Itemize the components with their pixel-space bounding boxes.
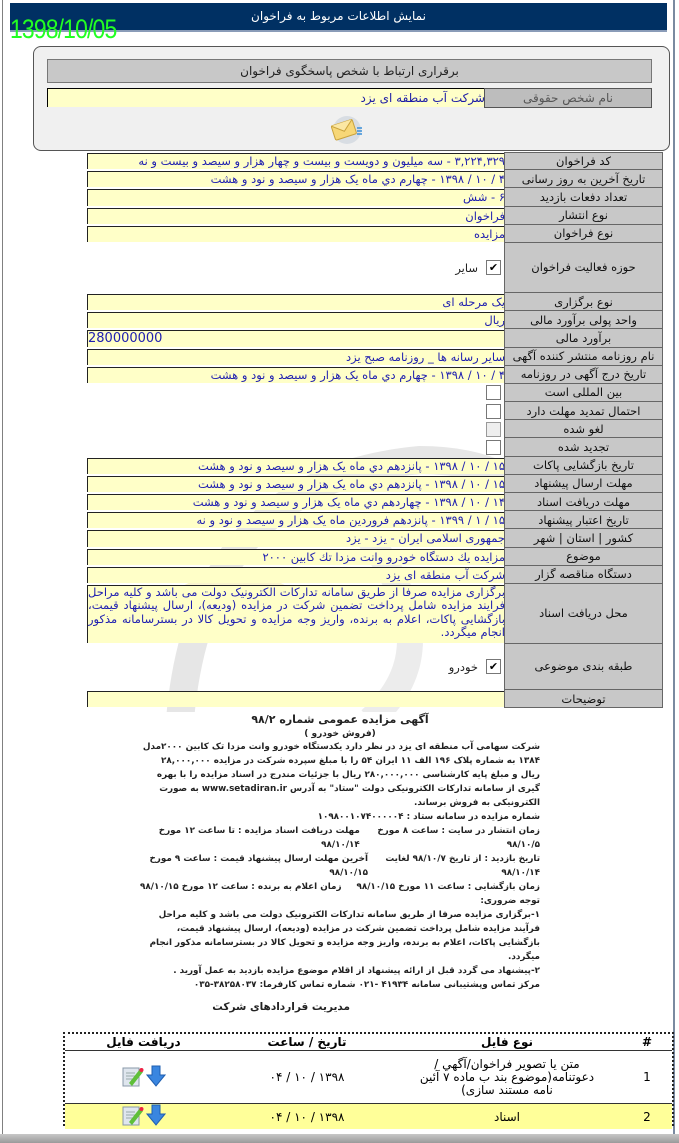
ad-note-title: توجه ضروری:	[140, 894, 540, 908]
renewed-cell	[87, 438, 505, 456]
edit-document-icon[interactable]	[122, 1065, 144, 1087]
ad-schedule-left: آخرین مهلت ارسال پیشنهاد قیمت : ساعت ۹ م…	[140, 852, 368, 880]
organizer-label: دستگاه مناقصه گزار	[504, 566, 663, 584]
activity-scope-options: ✔ سایر	[87, 243, 505, 293]
description-value	[87, 691, 505, 707]
international-label: بین المللی است	[504, 384, 663, 402]
field-row-submit-deadline: ۱۵ / ۱۰ / ۱۳۹۸ - پانزدهم دي ماه یک هزار …	[87, 475, 663, 493]
file-download-cell	[65, 1051, 222, 1104]
file-row: 1 متن یا تصویر فراخوان/آگهي /دعوتنامه(مو…	[65, 1051, 672, 1104]
envelope-icon[interactable]	[330, 115, 364, 145]
cancelled-label: لغو شده	[504, 420, 663, 438]
estimate-label: برآورد مالی	[504, 329, 663, 347]
field-row-tender-code: ۳,۲۲۴,۳۲۹ - سه میلیون و دویست و بیست و چ…	[87, 152, 663, 170]
edit-document-icon[interactable]	[122, 1104, 144, 1126]
organizer-value: شرکت آب منطقه ای یزد	[87, 567, 505, 583]
file-type: اسناد	[392, 1104, 622, 1130]
col-index: #	[622, 1034, 672, 1051]
subject-value: مزايده يك دستگاه خودرو وانت مزدا تك كابي…	[87, 549, 505, 565]
contact-panel-title: برقراری ارتباط با شخص پاسخگوی فراخوان	[47, 59, 652, 83]
ad-signature: مدیریت قراردادهای شرکت	[140, 1000, 540, 1014]
field-row-newspaper-date: ۴ / ۱۰ / ۱۳۹۸ - چهارم دي ماه یک هزار و س…	[87, 366, 663, 384]
submit-deadline-label: مهلت ارسال پیشنهاد	[504, 475, 663, 493]
ad-schedule-right: زمان انتشار در سایت : ساعت ۸ مورخ ۹۸/۱۰/…	[360, 824, 540, 852]
validity-date-value: ۱۵ / ۱ / ۱۳۹۹ - پانزدهم فروردین ماه یک ه…	[87, 512, 505, 528]
legal-entity-value: شرکت آب منطقه ای یزد	[47, 88, 487, 107]
file-row: 2 اسناد ۱۳۹۸ / ۱۰ / ۰۴	[65, 1104, 672, 1130]
category-vehicle-label: خودرو	[449, 660, 478, 674]
col-file-type: نوع فایل	[392, 1034, 622, 1051]
ad-schedule-row: تاریخ بازدید : از تاریخ ۹۸/۱۰/۷ لغایت ۹۸…	[140, 852, 540, 880]
field-row-validity-date: ۱۵ / ۱ / ۱۳۹۹ - پانزدهم فروردین ماه یک ه…	[87, 511, 663, 529]
download-arrow-icon[interactable]	[146, 1065, 166, 1087]
field-row-location: جمهوری اسلامی ایران - یزد - یزد کشور | ا…	[87, 529, 663, 547]
ad-schedule-row: زمان بازگشایی : ساعت ۱۱ مورخ ۹۸/۱۰/۱۵ زم…	[140, 880, 540, 894]
ad-schedule-left: زمان اعلام به برنده : ساعت ۱۲ مورخ ۹۸/۱۰…	[140, 880, 342, 894]
ad-schedule-right: زمان بازگشایی : ساعت ۱۱ مورخ ۹۸/۱۰/۱۵	[356, 880, 540, 894]
files-header-row: # نوع فایل تاریخ / ساعت دریافت فایل	[65, 1034, 672, 1051]
currency-value: ریال	[87, 312, 505, 328]
opening-date-label: تاریخ بازگشایی پاکات	[504, 457, 663, 475]
location-value: جمهوری اسلامی ایران - یزد - یزد	[87, 530, 505, 546]
opening-date-value: ۱۵ / ۱۰ / ۱۳۹۸ - پانزدهم دي ماه یک هزار …	[87, 458, 505, 474]
tender-ad-image: آگهی مزایده عمومی شماره ۹۸/۲ (فروش خودرو…	[140, 712, 540, 1002]
ad-auction-number: شماره مزایده در سامانه ستاد : ۱۰۹۸۰۰۱۰۷۴…	[140, 810, 540, 824]
ad-note-2: ۲-پیشنهاد می گردد قبل از ارائه پیشنهاد ا…	[140, 964, 540, 978]
ad-schedule-right: تاریخ بازدید : از تاریخ ۹۸/۱۰/۷ لغایت ۹۸…	[368, 852, 540, 880]
col-download: دریافت فایل	[65, 1034, 222, 1051]
field-row-extension: احتمال تمدید مهلت دارد	[87, 402, 663, 420]
field-row-docs-location: برگزاری مزایده صرفا از طریق سامانه تدارک…	[87, 584, 663, 644]
files-table: # نوع فایل تاریخ / ساعت دریافت فایل 1 مت…	[63, 1032, 674, 1126]
ad-note-1: ۱-برگزاری مزایده صرفا از طریق سامانه تدا…	[140, 908, 540, 964]
field-row-holding-type: یک مرحله ای نوع برگزاری	[87, 293, 663, 311]
activity-scope-label: حوزه فعالیت فراخوان	[504, 243, 663, 293]
field-row-docs-deadline: ۱۴ / ۱۰ / ۱۳۹۸ - چهاردهم دي ماه یک هزار …	[87, 493, 663, 511]
field-row-renewed: تجدید شده	[87, 438, 663, 456]
tender-info-table: ۳,۲۲۴,۳۲۹ - سه میلیون و دویست و بیست و چ…	[87, 152, 663, 708]
field-row-activity-scope: ✔ سایر حوزه فعالیت فراخوان	[87, 243, 663, 293]
ad-schedule-left: مهلت دریافت اسناد مزایده : تا ساعت ۱۲ مو…	[140, 824, 360, 852]
docs-deadline-label: مهلت دریافت اسناد	[504, 493, 663, 511]
extension-checkbox[interactable]	[486, 404, 501, 419]
newspaper-date-label: تاریخ درج آگهی در روزنامه	[504, 366, 663, 384]
location-label: کشور | استان | شهر	[504, 529, 663, 547]
ad-title: آگهی مزایده عمومی شماره ۹۸/۲	[140, 712, 540, 728]
activity-other-label: سایر	[455, 261, 478, 275]
renewed-label: تجدید شده	[504, 438, 663, 456]
newspaper-value: سایر رسانه ها _ روزنامه صبح یزد	[87, 349, 505, 365]
checkmark-icon: ✔	[489, 661, 498, 672]
visit-count-value: ۶ - شش	[87, 189, 505, 205]
file-index: 2	[622, 1104, 672, 1130]
ad-contact: مرکز تماس وپشتیبانی سامانه ۴۱۹۳۴ -۰۲۱ شم…	[140, 978, 540, 992]
holding-type-value: یک مرحله ای	[87, 294, 505, 310]
field-row-tender-type: مزایده نوع فراخوان	[87, 225, 663, 243]
estimate-value: 280000000	[87, 330, 505, 346]
field-row-cancelled: لغو شده	[87, 420, 663, 438]
tender-code-value: ۳,۲۲۴,۳۲۹ - سه میلیون و دویست و بیست و چ…	[87, 153, 505, 169]
contact-panel: برقراری ارتباط با شخص پاسخگوی فراخوان شر…	[33, 46, 670, 151]
field-row-international: بین المللی است	[87, 384, 663, 402]
currency-label: واحد پولی برآورد مالی	[504, 311, 663, 329]
file-date: ۱۳۹۸ / ۱۰ / ۰۴	[222, 1051, 392, 1104]
international-cell	[87, 384, 505, 402]
field-row-category: ✔ خودرو طبقه بندی موضوعی	[87, 644, 663, 690]
field-row-visit-count: ۶ - شش تعداد دفعات بازدید	[87, 188, 663, 206]
newspaper-date-value: ۴ / ۱۰ / ۱۳۹۸ - چهارم دي ماه یک هزار و س…	[87, 367, 505, 383]
publish-type-value: فراخوان	[87, 208, 505, 224]
extension-cell	[87, 402, 505, 420]
checkmark-icon: ✔	[489, 262, 498, 273]
international-checkbox[interactable]	[486, 385, 501, 400]
ad-body: شرکت سهامی آب منطقه ای یزد در نظر دارد ی…	[140, 740, 540, 810]
field-row-publish-type: فراخوان نوع انتشار	[87, 207, 663, 225]
field-row-subject: مزايده يك دستگاه خودرو وانت مزدا تك كابي…	[87, 548, 663, 566]
validity-date-label: تاریخ اعتبار پیشنهاد	[504, 511, 663, 529]
contact-row: شرکت آب منطقه ای یزد نام شخص حقوقی	[47, 88, 652, 108]
legal-entity-label: نام شخص حقوقی	[484, 88, 652, 108]
field-row-estimate: 280000000 برآورد مالی	[87, 329, 663, 347]
holding-type-label: نوع برگزاری	[504, 293, 663, 311]
last-update-value: ۴ / ۱۰ / ۱۳۹۸ - چهارم دي ماه یک هزار و س…	[87, 171, 505, 187]
docs-location-value: برگزاری مزایده صرفا از طریق سامانه تدارک…	[87, 585, 505, 643]
field-row-last-update: ۴ / ۱۰ / ۱۳۹۸ - چهارم دي ماه یک هزار و س…	[87, 170, 663, 188]
download-arrow-icon[interactable]	[146, 1104, 166, 1126]
subject-label: موضوع	[504, 548, 663, 566]
field-row-description: توضیحات	[87, 690, 663, 708]
field-row-opening-date: ۱۵ / ۱۰ / ۱۳۹۸ - پانزدهم دي ماه یک هزار …	[87, 457, 663, 475]
field-row-currency: ریال واحد پولی برآورد مالی	[87, 311, 663, 329]
ad-subtitle: (فروش خودرو )	[140, 728, 540, 740]
bottom-scrollbar[interactable]	[0, 1134, 679, 1143]
file-type: متن یا تصویر فراخوان/آگهي /دعوتنامه(موضو…	[392, 1051, 622, 1104]
newspaper-label: نام روزنامه منتشر کننده آگهی	[504, 348, 663, 366]
field-row-newspaper: سایر رسانه ها _ روزنامه صبح یزد نام روزن…	[87, 348, 663, 366]
file-date: ۱۳۹۸ / ۱۰ / ۰۴	[222, 1104, 392, 1130]
tender-code-label: کد فراخوان	[504, 152, 663, 170]
activity-other-checkbox[interactable]: ✔	[486, 260, 501, 275]
cancelled-cell	[87, 420, 505, 438]
description-label: توضیحات	[504, 690, 663, 708]
docs-location-label: محل دریافت اسناد	[504, 584, 663, 644]
submit-deadline-value: ۱۵ / ۱۰ / ۱۳۹۸ - پانزدهم دي ماه یک هزار …	[87, 476, 505, 492]
category-label: طبقه بندی موضوعی	[504, 644, 663, 690]
publish-type-label: نوع انتشار	[504, 207, 663, 225]
docs-deadline-value: ۱۴ / ۱۰ / ۱۳۹۸ - چهاردهم دي ماه یک هزار …	[87, 494, 505, 510]
file-index: 1	[622, 1051, 672, 1104]
ad-schedule-row: زمان انتشار در سایت : ساعت ۸ مورخ ۹۸/۱۰/…	[140, 824, 540, 852]
extension-label: احتمال تمدید مهلت دارد	[504, 402, 663, 420]
renewed-checkbox[interactable]	[486, 440, 501, 455]
tender-type-label: نوع فراخوان	[504, 225, 663, 243]
col-date: تاریخ / ساعت	[222, 1034, 392, 1051]
category-options: ✔ خودرو	[87, 644, 505, 690]
date-stamp: 1398/10/05	[10, 14, 116, 44]
visit-count-label: تعداد دفعات بازدید	[504, 188, 663, 206]
cancelled-checkbox[interactable]	[486, 422, 501, 437]
file-download-cell	[65, 1104, 222, 1130]
category-vehicle-checkbox[interactable]: ✔	[486, 659, 501, 674]
field-row-organizer: شرکت آب منطقه ای یزد دستگاه مناقصه گزار	[87, 566, 663, 584]
last-update-label: تاریخ آخرین به روز رسانی	[504, 170, 663, 188]
tender-type-value: مزایده	[87, 226, 505, 242]
